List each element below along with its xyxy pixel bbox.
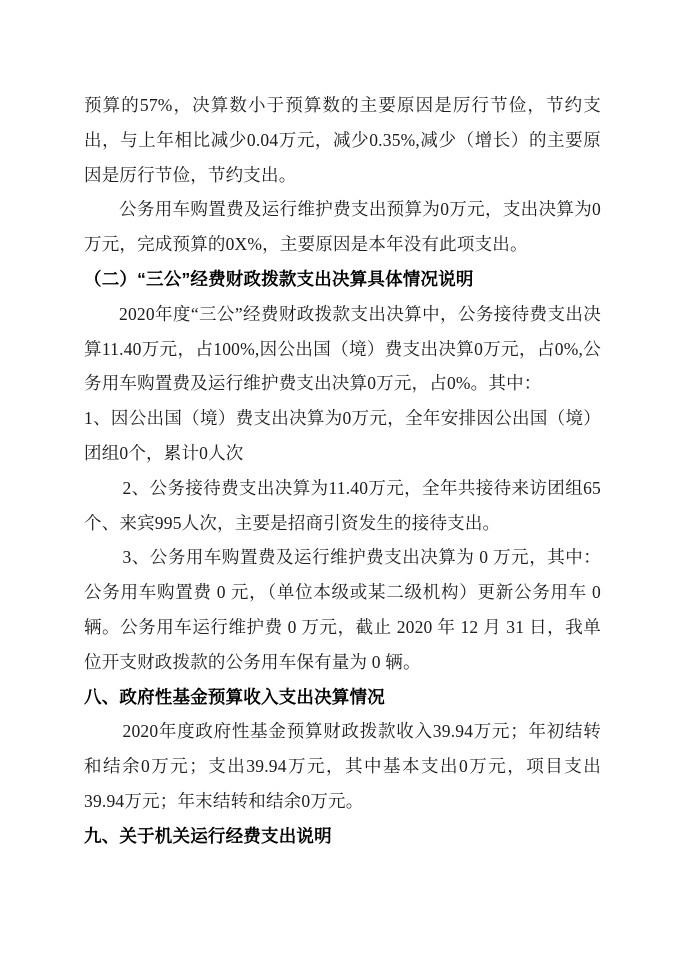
paragraph-item1-abroad: 1、因公出国（境）费支出决算为0万元，全年安排因公出国（境）团组0个，累计0人次 [84,401,601,471]
document-content: 预算的57%，决算数小于预算数的主要原因是厉行节俭，节约支出，与上年相比减少0.… [84,88,601,854]
paragraph-vehicle-budget: 公务用车购置费及运行维护费支出预算为0万元，支出决算为0万元，完成预算的0X%，… [84,192,601,262]
paragraph-budget-savings: 预算的57%，决算数小于预算数的主要原因是厉行节俭，节约支出，与上年相比减少0.… [84,88,601,192]
paragraph-item3-vehicle: 3、公务用车购置费及运行维护费支出决算为 0 万元，其中：公务用车购置费 0 元… [84,540,601,679]
section-heading-sangong-detail: （二）“三公”经费财政拨款支出决算具体情况说明 [84,262,601,297]
document-page: 预算的57%，决算数小于预算数的主要原因是厉行节俭，节约支出，与上年相比减少0.… [0,0,682,965]
paragraph-government-fund: 2020年度政府性基金预算财政拨款收入39.94万元；年初结转和结余0万元；支出… [84,714,601,818]
section-heading-operating-expense: 九、关于机关运行经费支出说明 [84,819,601,854]
paragraph-item2-reception: 2、公务接待费支出决算为11.40万元，全年共接待来访团组65个、来宾995人次… [84,471,601,541]
section-heading-government-fund: 八、政府性基金预算收入支出决算情况 [84,680,601,715]
paragraph-sangong-summary: 2020年度“三公”经费财政拨款支出决算中，公务接待费支出决算11.40万元，占… [84,297,601,401]
